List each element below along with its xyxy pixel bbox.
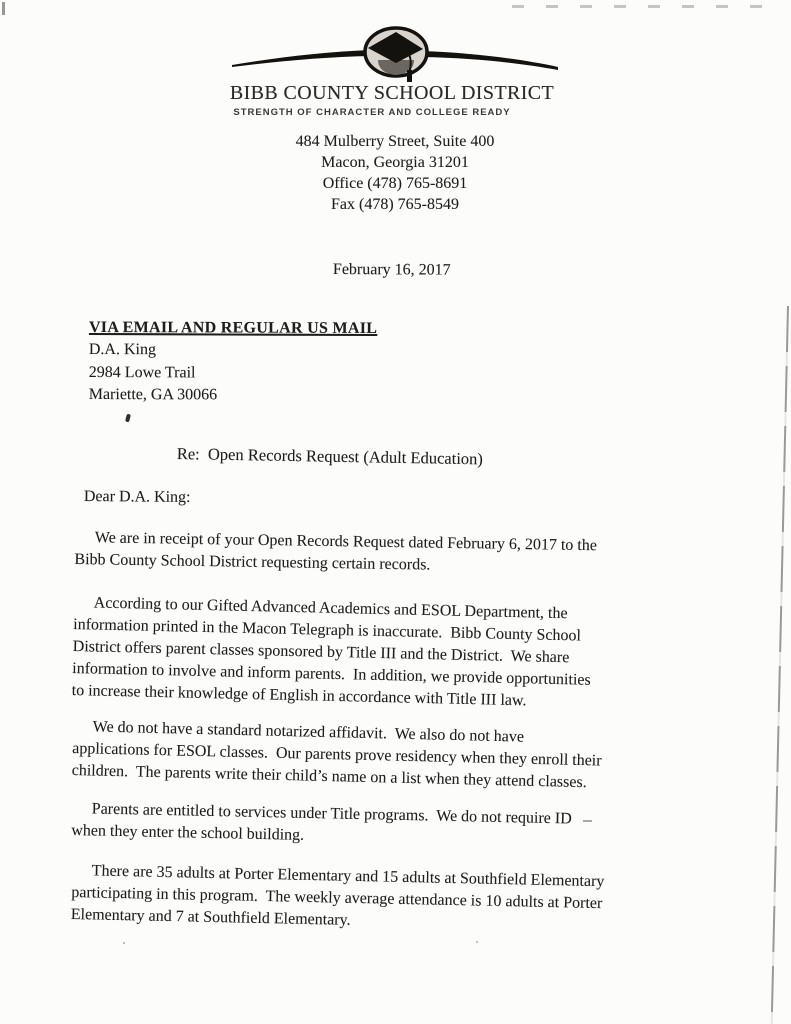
re-line: Re: Open Records Request (Adult Educatio… <box>177 443 483 470</box>
salutation: Dear D.A. King: <box>84 486 191 509</box>
delivery-method-line: VIA EMAIL AND REGULAR US MAIL <box>89 317 377 340</box>
recipient-block: VIA EMAIL AND REGULAR US MAIL D.A. King … <box>89 317 378 408</box>
tassel-end <box>407 70 412 82</box>
letterhead-address-line: Macon, Georgia 31201 <box>0 152 790 173</box>
scan-artifact-top-dashes <box>512 5 770 8</box>
body-paragraph: We do not have a standard notarized affi… <box>71 716 762 798</box>
scanned-letter-page: BIBB COUNTY SCHOOL DISTRICT STRENGTH OF … <box>0 0 791 1024</box>
org-tagline: STRENGTH OF CHARACTER AND COLLEGE READY <box>0 107 744 118</box>
org-name: BIBB COUNTY SCHOOL DISTRICT <box>0 82 784 105</box>
scan-artifact-right-line <box>771 306 789 1024</box>
scan-artifact-stray-mark <box>125 414 131 423</box>
body-paragraph: We are in receipt of your Open Records R… <box>74 527 765 582</box>
body-paragraph: According to our Gifted Advanced Academi… <box>72 592 764 718</box>
recipient-name: D.A. King <box>89 339 377 362</box>
body-paragraph: There are 35 adults at Porter Elementary… <box>71 860 762 940</box>
letterhead-address-line: 484 Mulberry Street, Suite 400 <box>0 131 790 152</box>
recipient-city: Mariette, GA 30066 <box>89 384 377 407</box>
body-paragraph: Parents are entitled to services under T… <box>71 798 762 856</box>
date-line: February 16, 2017 <box>333 259 451 282</box>
letterhead-address-line: Office (478) 765-8691 <box>0 173 790 194</box>
scan-artifact-edge-mark <box>2 2 5 15</box>
letterhead-address-line: Fax (478) 765-8549 <box>0 194 790 215</box>
swoosh-left-icon <box>232 50 370 67</box>
scan-artifact-speck <box>123 942 125 944</box>
swoosh-right-icon <box>422 51 558 70</box>
scan-artifact-speck <box>476 941 478 943</box>
recipient-street: 2984 Lowe Trail <box>89 362 377 385</box>
district-logo <box>230 24 560 86</box>
letterhead-address: 484 Mulberry Street, Suite 400 Macon, Ge… <box>0 131 790 215</box>
